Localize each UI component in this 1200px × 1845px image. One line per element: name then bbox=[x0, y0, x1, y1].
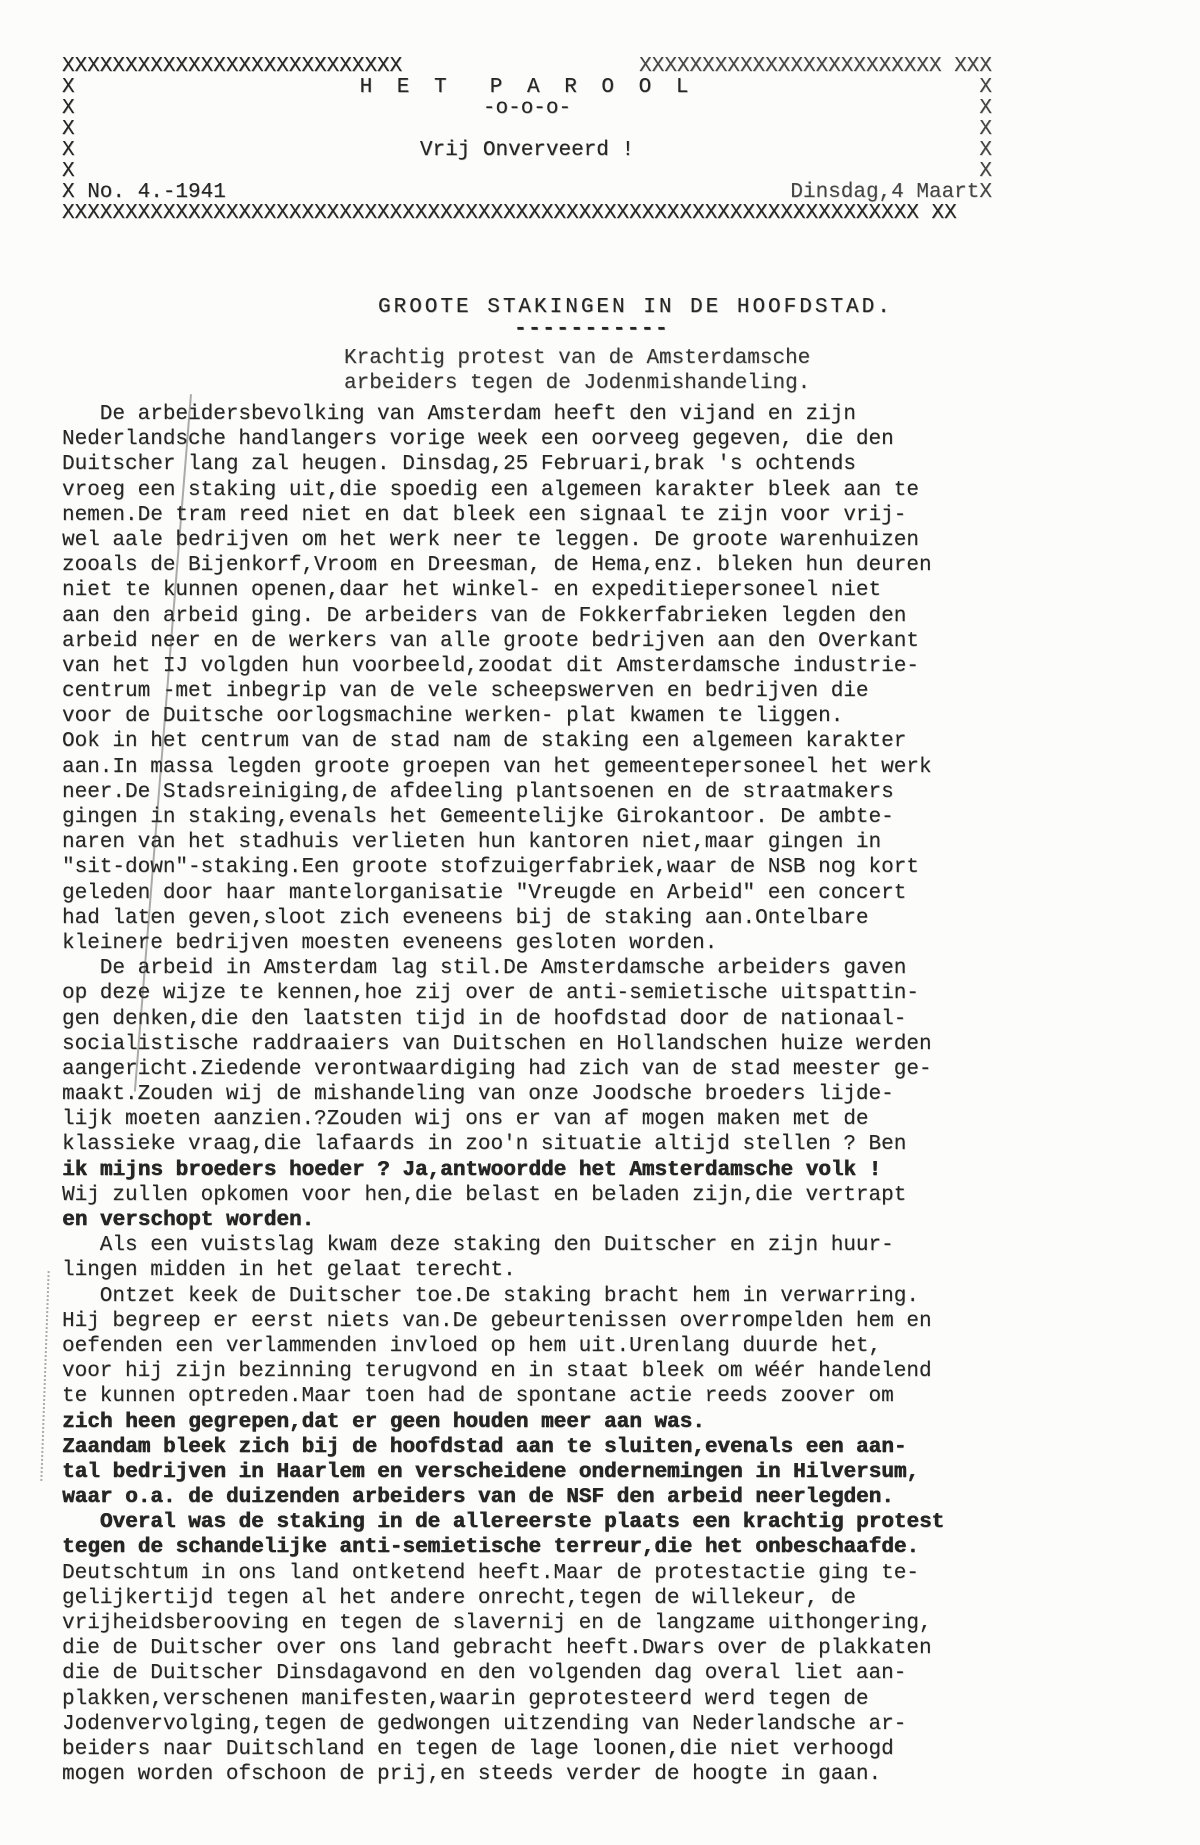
body-line: tal bedrijven in Haarlem en verscheidene… bbox=[62, 1460, 992, 1485]
border-right-x: X bbox=[979, 161, 992, 182]
body-line: die de Duitscher Dinsdagavond en den vol… bbox=[62, 1661, 992, 1686]
body-line: niet te kunnen openen,daar het winkel- e… bbox=[62, 578, 992, 603]
body-line: plakken,verschenen manifesten,waarin gep… bbox=[62, 1687, 992, 1712]
body-line: van het IJ volgden hun voorbeeld,zoodat … bbox=[62, 654, 992, 679]
body-line: gelijkertijd tegen al het andere onrecht… bbox=[62, 1586, 992, 1611]
body-line: aangericht.Ziedende verontwaardiging had… bbox=[62, 1057, 992, 1082]
motto: Vrij Onverveerd ! bbox=[62, 140, 992, 161]
body-line: lingen midden in het gelaat terecht. bbox=[62, 1258, 992, 1283]
body-line: mogen worden ofschoon de prij,en steeds … bbox=[62, 1762, 992, 1787]
body-line: geleden door haar mantelorganisatie "Vre… bbox=[62, 881, 992, 906]
subtitle: Krachtig protest van de Amsterdamschearb… bbox=[62, 346, 992, 396]
issue-date: Dinsdag,4 MaartX bbox=[790, 182, 992, 203]
body-line: De arbeidersbevolking van Amsterdam heef… bbox=[62, 402, 992, 427]
subtitle-line: Krachtig protest van de Amsterdamsche bbox=[62, 346, 992, 371]
body-line: vrijheidsberooving en tegen de slavernij… bbox=[62, 1611, 992, 1636]
border-top-left: XXXXXXXXXXXXXXXXXXXXXXXXXXX bbox=[62, 56, 402, 77]
border-right-x: X bbox=[979, 119, 992, 140]
border-right-x: X bbox=[979, 140, 992, 161]
body-line: waar o.a. de duizenden arbeiders van de … bbox=[62, 1485, 992, 1510]
body-line: Zaandam bleek zich bij de hoofdstad aan … bbox=[62, 1435, 992, 1460]
body-line: klassieke vraag,die lafaards in zoo'n si… bbox=[62, 1132, 992, 1157]
body-line: Duitscher lang zal heugen. Dinsdag,25 Fe… bbox=[62, 452, 992, 477]
body-line: op deze wijze te kennen,hoe zij over de … bbox=[62, 981, 992, 1006]
body-line: Ontzet keek de Duitscher toe.De staking … bbox=[62, 1284, 992, 1309]
masthead-border-top: XXXXXXXXXXXXXXXXXXXXXXXXXXX XXXXXXXXXXXX… bbox=[62, 56, 992, 77]
body-line: neer.De Stadsreiniging,de afdeeling plan… bbox=[62, 780, 992, 805]
pencil-dots-artifact bbox=[40, 1271, 49, 1481]
body-line: te kunnen optreden.Maar toen had de spon… bbox=[62, 1384, 992, 1409]
masthead-blank-row: X X bbox=[62, 119, 992, 140]
body-line: voor de Duitsche oorlogsmachine werken- … bbox=[62, 704, 992, 729]
body-line: aan den arbeid ging. De arbeiders van de… bbox=[62, 604, 992, 629]
body-line: "sit-down"-staking.Een groote stofzuiger… bbox=[62, 855, 992, 880]
masthead-title-row: X H E T P A R O O L X bbox=[62, 77, 992, 98]
body-line: aan.In massa legden groote groepen van h… bbox=[62, 755, 992, 780]
body-line: kleinere bedrijven moesten eveneens gesl… bbox=[62, 931, 992, 956]
body-line: Nederlandsche handlangers vorige week ee… bbox=[62, 427, 992, 452]
paper-title: H E T P A R O O L bbox=[62, 77, 992, 98]
body-line: maakt.Zouden wij de mishandeling van onz… bbox=[62, 1082, 992, 1107]
newspaper-page: XXXXXXXXXXXXXXXXXXXXXXXXXXX XXXXXXXXXXXX… bbox=[62, 56, 992, 1787]
headline-underline: ----------- bbox=[62, 320, 992, 340]
border-right-x: X bbox=[979, 77, 992, 98]
body-line: Overal was de staking in de allereerste … bbox=[62, 1510, 992, 1535]
body-line: Als een vuistslag kwam deze staking den … bbox=[62, 1233, 992, 1258]
body-line: Wij zullen opkomen voor hen,die belast e… bbox=[62, 1183, 992, 1208]
body-line: tegen de schandelijke anti-semietische t… bbox=[62, 1535, 992, 1560]
body-line: wel aale bedrijven om het werk neer te l… bbox=[62, 528, 992, 553]
body-line: zooals de Bijenkorf,Vroom en Dreesman, d… bbox=[62, 553, 992, 578]
issue-number: X No. 4.-1941 bbox=[62, 182, 226, 203]
body-line: Jodenvervolging,tegen de gedwongen uitze… bbox=[62, 1712, 992, 1737]
border-right-x: X bbox=[979, 98, 992, 119]
article-body: De arbeidersbevolking van Amsterdam heef… bbox=[62, 402, 992, 1787]
body-line: beiders naar Duitschland en tegen de lag… bbox=[62, 1737, 992, 1762]
body-line: naren van het stadhuis verlieten hun kan… bbox=[62, 830, 992, 855]
body-line: die de Duitscher over ons land gebracht … bbox=[62, 1636, 992, 1661]
masthead: XXXXXXXXXXXXXXXXXXXXXXXXXXX XXXXXXXXXXXX… bbox=[62, 56, 992, 224]
body-line: arbeid neer en de werkers van alle groot… bbox=[62, 629, 992, 654]
body-line: oefenden een verlammenden invloed op hem… bbox=[62, 1334, 992, 1359]
body-line: en verschopt worden. bbox=[62, 1208, 992, 1233]
body-line: nemen.De tram reed niet en dat bleek een… bbox=[62, 503, 992, 528]
subtitle-line: arbeiders tegen de Jodenmishandeling. bbox=[62, 371, 992, 396]
border-top-right: XXXXXXXXXXXXXXXXXXXXXXXX XXX bbox=[639, 56, 992, 77]
body-line: Hij begreep er eerst niets van.De gebeur… bbox=[62, 1309, 992, 1334]
body-line: ik mijns broeders hoeder ? Ja,antwoordde… bbox=[62, 1158, 992, 1183]
masthead-ornament-row: X -o-o-o- X bbox=[62, 98, 992, 119]
body-line: gingen in staking,evenals het Gemeenteli… bbox=[62, 805, 992, 830]
masthead-motto-row: X Vrij Onverveerd ! X bbox=[62, 140, 992, 161]
headline: GROOTE STAKINGEN IN DE HOOFDSTAD. bbox=[62, 296, 992, 320]
body-line: lijk moeten aanzien.?Zouden wij ons er v… bbox=[62, 1107, 992, 1132]
body-line: socialistische raddraaiers van Duitschen… bbox=[62, 1032, 992, 1057]
body-line: vroeg een staking uit,die spoedig een al… bbox=[62, 478, 992, 503]
border-left-x: X bbox=[62, 161, 75, 182]
body-line: gen denken,die den laatsten tijd in de h… bbox=[62, 1007, 992, 1032]
border-left-x: X bbox=[62, 119, 75, 140]
masthead-separator-row: XXXXXXXXXXXXXXXXXXXXXXXXXXXXXXXXXXXXXXXX… bbox=[62, 203, 992, 224]
body-line: voor hij zijn bezinning terugvond en in … bbox=[62, 1359, 992, 1384]
body-line: centrum -met inbegrip van de vele scheep… bbox=[62, 679, 992, 704]
body-line: had laten geven,sloot zich eveneens bij … bbox=[62, 906, 992, 931]
masthead-issue-row: X No. 4.-1941 Dinsdag,4 MaartX bbox=[62, 182, 992, 203]
body-line: zich heen gegrepen,dat er geen houden me… bbox=[62, 1410, 992, 1435]
body-line: De arbeid in Amsterdam lag stil.De Amste… bbox=[62, 956, 992, 981]
body-line: Deutschtum in ons land ontketend heeft.M… bbox=[62, 1561, 992, 1586]
masthead-blank-row: X X bbox=[62, 161, 992, 182]
body-line: Ook in het centrum van de stad nam de st… bbox=[62, 729, 992, 754]
separator-line: XXXXXXXXXXXXXXXXXXXXXXXXXXXXXXXXXXXXXXXX… bbox=[62, 203, 957, 224]
ornament: -o-o-o- bbox=[62, 98, 992, 119]
